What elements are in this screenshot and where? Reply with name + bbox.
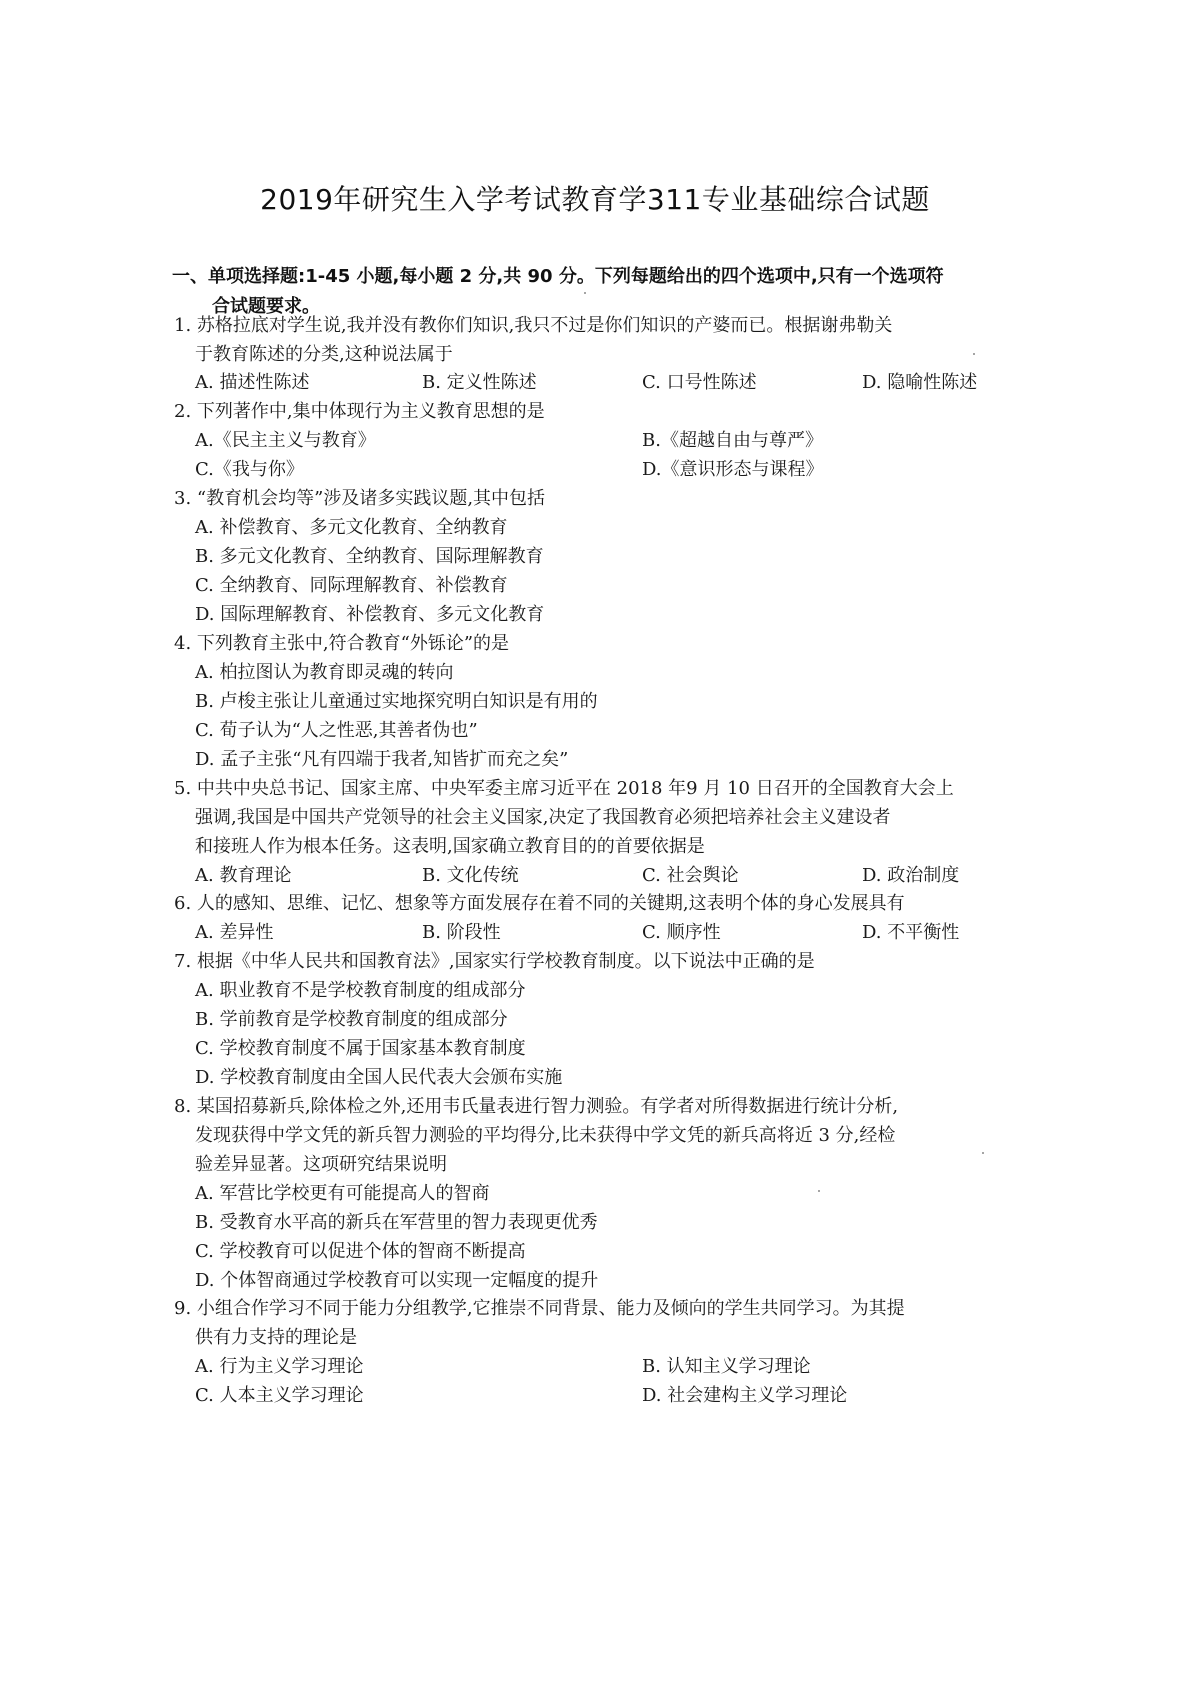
option-b: B. 学前教育是学校教育制度的组成部分 bbox=[195, 1008, 508, 1032]
option-d: D. 政治制度 bbox=[862, 864, 959, 888]
scan-speck bbox=[818, 1190, 820, 1192]
option-c: C.《我与你》 bbox=[195, 458, 304, 482]
option-c: C. 荀子认为“人之性恶,其善者伪也” bbox=[195, 719, 478, 743]
option-d: D. 个体智商通过学校教育可以实现一定幅度的提升 bbox=[195, 1269, 598, 1293]
stem-line: 苏格拉底对学生说,我并没有教你们知识,我只不过是你们知识的产婆而已。根据谢弗勒关 bbox=[197, 315, 892, 336]
question-stem: 7. 根据《中华人民共和国教育法》,国家实行学校教育制度。以下说法中正确的是 bbox=[174, 950, 815, 974]
option-b: B. 阶段性 bbox=[422, 921, 501, 945]
question-number: 3. bbox=[174, 488, 191, 509]
option-a: A. 差异性 bbox=[195, 921, 273, 945]
option-b: B. 多元文化教育、全纳教育、国际理解教育 bbox=[195, 545, 544, 569]
option-a: A. 柏拉图认为教育即灵魂的转向 bbox=[195, 661, 453, 685]
section-heading-line1: 一、单项选择题:1-45 小题,每小题 2 分,共 90 分。下列每题给出的四个… bbox=[172, 266, 944, 287]
option-c: C. 人本主义学习理论 bbox=[195, 1384, 364, 1408]
question-stem: 6. 人的感知、思维、记忆、想象等方面发展存在着不同的关键期,这表明个体的身心发… bbox=[174, 892, 905, 916]
stem-line: 和接班人作为根本任务。这表明,国家确立教育目的的首要依据是 bbox=[195, 835, 705, 859]
question-stem: 3. “教育机会均等”涉及诸多实践议题,其中包括 bbox=[174, 487, 545, 511]
option-a: A. 补偿教育、多元文化教育、全纳教育 bbox=[195, 516, 507, 540]
scan-speck bbox=[973, 353, 975, 355]
option-a: A. 教育理论 bbox=[195, 864, 291, 888]
question-number: 8. bbox=[174, 1096, 191, 1117]
option-d: D. 孟子主张“凡有四端于我者,知皆扩而充之矣” bbox=[195, 748, 568, 772]
question-number: 7. bbox=[174, 951, 191, 972]
section-instructions: 一、单项选择题:1-45 小题,每小题 2 分,共 90 分。下列每题给出的四个… bbox=[172, 262, 1032, 322]
option-c: C. 口号性陈述 bbox=[642, 371, 757, 395]
option-c: C. 全纳教育、同际理解教育、补偿教育 bbox=[195, 574, 508, 598]
stem-line: 验差异显著。这项研究结果说明 bbox=[195, 1153, 447, 1177]
option-b: B. 定义性陈述 bbox=[422, 371, 537, 395]
stem-line: 某国招募新兵,除体检之外,还用韦氏量表进行智力测验。有学者对所得数据进行统计分析… bbox=[197, 1096, 898, 1117]
option-b: B.《超越自由与尊严》 bbox=[642, 429, 823, 453]
question-number: 6. bbox=[174, 893, 191, 914]
option-d: D. 社会建构主义学习理论 bbox=[642, 1384, 847, 1408]
option-d: D. 学校教育制度由全国人民代表大会颁布实施 bbox=[195, 1066, 562, 1090]
question-number: 2. bbox=[174, 401, 191, 422]
question-number: 1. bbox=[174, 315, 191, 336]
stem-line: 小组合作学习不同于能力分组教学,它推崇不同背景、能力及倾向的学生共同学习。为其提 bbox=[197, 1298, 905, 1319]
exam-title: 2019年研究生入学考试教育学311专业基础综合试题 bbox=[0, 178, 1190, 218]
question-stem: 9. 小组合作学习不同于能力分组教学,它推崇不同背景、能力及倾向的学生共同学习。… bbox=[174, 1297, 905, 1321]
option-c: C. 社会舆论 bbox=[642, 864, 739, 888]
exam-page: 2019年研究生入学考试教育学311专业基础综合试题 一、单项选择题:1-45 … bbox=[0, 0, 1190, 1683]
scan-speck bbox=[330, 1388, 332, 1390]
stem-line: 供有力支持的理论是 bbox=[195, 1326, 357, 1350]
stem-line: 强调,我国是中国共产党领导的社会主义国家,决定了我国教育必须把培养社会主义建设者 bbox=[195, 806, 890, 830]
question-stem: 8. 某国招募新兵,除体检之外,还用韦氏量表进行智力测验。有学者对所得数据进行统… bbox=[174, 1095, 898, 1119]
option-d: D.《意识形态与课程》 bbox=[642, 458, 824, 482]
option-d: D. 不平衡性 bbox=[862, 921, 959, 945]
question-stem: 4. 下列教育主张中,符合教育“外铄论”的是 bbox=[174, 632, 509, 656]
option-a: A. 军营比学校更有可能提高人的智商 bbox=[195, 1182, 489, 1206]
option-a: A. 行为主义学习理论 bbox=[195, 1355, 363, 1379]
option-a: A.《民主主义与教育》 bbox=[195, 429, 376, 453]
stem-line: 于教育陈述的分类,这种说法属于 bbox=[195, 343, 453, 367]
option-b: B. 认知主义学习理论 bbox=[642, 1355, 811, 1379]
question-stem: 5. 中共中央总书记、国家主席、中央军委主席习近平在 2018 年9 月 10 … bbox=[174, 777, 954, 801]
question-number: 9. bbox=[174, 1298, 191, 1319]
option-c: C. 学校教育制度不属于国家基本教育制度 bbox=[195, 1037, 526, 1061]
option-b: B. 受教育水平高的新兵在军营里的智力表现更优秀 bbox=[195, 1211, 598, 1235]
stem-line: 下列著作中,集中体现行为主义教育思想的是 bbox=[197, 401, 545, 422]
stem-line: 根据《中华人民共和国教育法》,国家实行学校教育制度。以下说法中正确的是 bbox=[197, 951, 815, 972]
option-c: C. 顺序性 bbox=[642, 921, 721, 945]
stem-line: 中共中央总书记、国家主席、中央军委主席习近平在 2018 年9 月 10 日召开… bbox=[197, 778, 954, 799]
option-b: B. 文化传统 bbox=[422, 864, 519, 888]
option-d: D. 隐喻性陈述 bbox=[862, 371, 977, 395]
stem-line: 人的感知、思维、记忆、想象等方面发展存在着不同的关键期,这表明个体的身心发展具有 bbox=[197, 893, 905, 914]
stem-line: 发现获得中学文凭的新兵智力测验的平均得分,比未获得中学文凭的新兵高将近 3 分,… bbox=[195, 1124, 895, 1148]
question-number: 5. bbox=[174, 778, 191, 799]
scan-speck bbox=[584, 292, 586, 294]
option-d: D. 国际理解教育、补偿教育、多元文化教育 bbox=[195, 603, 544, 627]
option-a: A. 描述性陈述 bbox=[195, 371, 309, 395]
scan-speck bbox=[982, 1152, 984, 1154]
question-stem: 1. 苏格拉底对学生说,我并没有教你们知识,我只不过是你们知识的产婆而已。根据谢… bbox=[174, 314, 892, 338]
question-stem: 2. 下列著作中,集中体现行为主义教育思想的是 bbox=[174, 400, 545, 424]
stem-line: 下列教育主张中,符合教育“外铄论”的是 bbox=[197, 633, 509, 654]
option-a: A. 职业教育不是学校教育制度的组成部分 bbox=[195, 979, 525, 1003]
option-b: B. 卢梭主张让儿童通过实地探究明白知识是有用的 bbox=[195, 690, 598, 714]
option-c: C. 学校教育可以促进个体的智商不断提高 bbox=[195, 1240, 526, 1264]
stem-line: “教育机会均等”涉及诸多实践议题,其中包括 bbox=[197, 488, 545, 509]
question-number: 4. bbox=[174, 633, 191, 654]
